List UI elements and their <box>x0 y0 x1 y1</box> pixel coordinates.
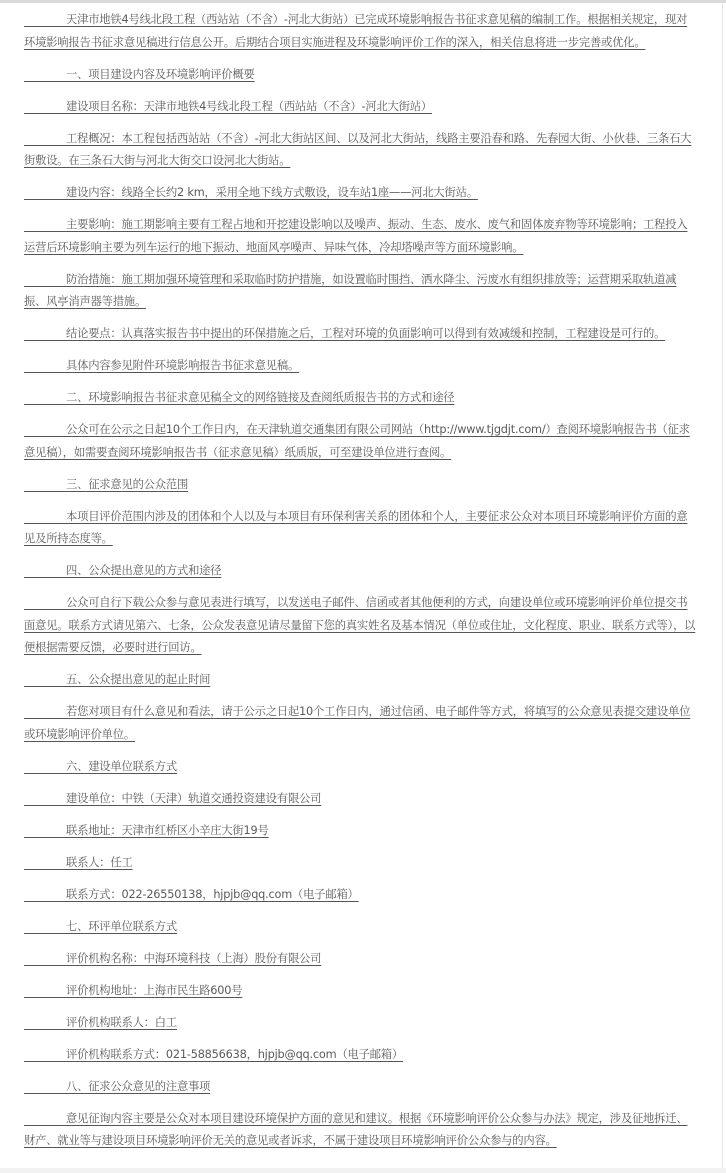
section-heading-5: 五、公众提出意见的起止时间 <box>24 669 696 692</box>
indent <box>24 324 66 341</box>
right-border <box>722 3 723 1168</box>
public-scope: 本项目评价范围内涉及的团体和个人以及与本项目有环保利害关系的团体和个人，主要征求… <box>24 506 696 551</box>
paragraph-text: 联系方式：022-26550138，hjpjb@qq.com（电子邮箱） <box>66 888 359 901</box>
paragraph-text: 意见征询内容主要是公众对本项目建设环境保护方面的意见和建议。根据《环境影响评价公… <box>24 1112 687 1148</box>
heading-text: 八、征求公众意见的注意事项 <box>66 1080 210 1093</box>
notes: 意见征询内容主要是公众对本项目建设环境保护方面的意见和建议。根据《环境影响评价公… <box>24 1108 696 1153</box>
indent <box>24 949 66 966</box>
assessor-name: 评价机构名称：中海环境科技（上海）股份有限公司 <box>24 948 696 971</box>
paragraph-text: 若您对项目有什么意见和看法，请于公示之日起10个工作日内，通过信函、电子邮件等方… <box>24 705 690 741</box>
document-body: 天津市地铁4号线北段工程（西站站（不含）-河北大街站）已完成环境影响报告书征求意… <box>24 9 696 1162</box>
builder-name: 建设单位：中铁（天津）轨道交通投资建设有限公司 <box>24 788 696 811</box>
top-border <box>0 0 726 3</box>
paragraph-text: 评价机构名称：中海环境科技（上海）股份有限公司 <box>66 952 321 965</box>
paragraph-text: 联系地址：天津市红桥区小辛庄大街19号 <box>66 824 269 837</box>
section-heading-6: 六、建设单位联系方式 <box>24 756 696 779</box>
indent <box>24 702 66 719</box>
indent <box>24 885 66 902</box>
heading-text: 三、征求意见的公众范围 <box>66 478 188 491</box>
paragraph-text: 公众可在公示之日起10个工作日内，在天津轨道交通集团有限公司网站（http://… <box>24 423 690 459</box>
indent <box>24 821 66 838</box>
assessor-contact-info: 评价机构联系方式：021-58856638，hjpjb@qq.com（电子邮箱） <box>24 1044 696 1067</box>
indent <box>24 215 66 232</box>
heading-text: 二、环境影响报告书征求意见稿全文的网络链接及查阅纸质报告书的方式和途径 <box>66 391 454 404</box>
indent <box>24 593 66 610</box>
section-heading-2: 二、环境影响报告书征求意见稿全文的网络链接及查阅纸质报告书的方式和途径 <box>24 387 696 410</box>
construction-content: 建设内容：线路全长约2 km，采用全地下线方式敷设，设车站1座——河北大街站。 <box>24 182 696 205</box>
conclusion: 结论要点：认真落实报告书中提出的环保措施之后，工程对环境的负面影响可以得到有效减… <box>24 323 696 346</box>
section-heading-8: 八、征求公众意见的注意事项 <box>24 1076 696 1099</box>
indent <box>24 981 66 998</box>
indent <box>24 388 66 405</box>
submission-methods: 公众可自行下载公众参与意见表进行填写，以发送电子邮件、信函或者其他便利的方式，向… <box>24 592 696 660</box>
indent <box>24 270 66 287</box>
assessor-contact-person: 评价机构联系人：白工 <box>24 1012 696 1035</box>
paragraph-intro: 天津市地铁4号线北段工程（西站站（不含）-河北大街站）已完成环境影响报告书征求意… <box>24 9 696 54</box>
indent <box>24 65 66 82</box>
main-impacts: 主要影响：施工期影响主要有工程占地和开挖建设影响以及噪声、振动、生态、废水、废气… <box>24 214 696 259</box>
indent <box>24 1077 66 1094</box>
builder-address: 联系地址：天津市红桥区小辛庄大街19号 <box>24 820 696 843</box>
paragraph-text: 本项目评价范围内涉及的团体和个人以及与本项目有环保利害关系的团体和个人，主要征求… <box>24 510 687 546</box>
paragraph-text: 公众可自行下载公众参与意见表进行填写，以发送电子邮件、信函或者其他便利的方式，向… <box>24 596 695 654</box>
indent <box>24 475 66 492</box>
heading-text: 四、公众提出意见的方式和途径 <box>66 564 221 577</box>
indent <box>24 1109 66 1126</box>
paragraph-text: 天津市地铁4号线北段工程（西站站（不含）-河北大街站）已完成环境影响报告书征求意… <box>24 13 687 49</box>
indent <box>24 917 66 934</box>
assessor-address: 评价机构地址：上海市民生路600号 <box>24 980 696 1003</box>
indent <box>24 789 66 806</box>
indent <box>24 10 66 27</box>
indent <box>24 670 66 687</box>
attachment-note: 具体内容参见附件环境影响报告书征求意见稿。 <box>24 355 696 378</box>
project-name: 建设项目名称：天津市地铁4号线北段工程（西站站（不含）-河北大街站） <box>24 96 696 119</box>
paragraph-text: 结论要点：认真落实报告书中提出的环保措施之后，工程对环境的负面影响可以得到有效减… <box>66 327 665 340</box>
report-access: 公众可在公示之日起10个工作日内，在天津轨道交通集团有限公司网站（http://… <box>24 419 696 464</box>
indent <box>24 420 66 437</box>
paragraph-text: 评价机构地址：上海市民生路600号 <box>66 984 242 997</box>
heading-text: 一、项目建设内容及环境影响评价概要 <box>66 68 255 81</box>
paragraph-text: 建设项目名称：天津市地铁4号线北段工程（西站站（不含）-河北大街站） <box>66 100 432 113</box>
heading-text: 七、环评单位联系方式 <box>66 920 177 933</box>
paragraph-text: 具体内容参见附件环境影响报告书征求意见稿。 <box>66 359 299 372</box>
submission-period: 若您对项目有什么意见和看法，请于公示之日起10个工作日内，通过信函、电子邮件等方… <box>24 701 696 746</box>
paragraph-text: 评价机构联系人：白工 <box>66 1016 177 1029</box>
section-heading-7: 七、环评单位联系方式 <box>24 916 696 939</box>
paragraph-text: 建设内容：线路全长约2 km，采用全地下线方式敷设，设车站1座——河北大街站。 <box>66 186 478 199</box>
indent <box>24 757 66 774</box>
section-heading-3: 三、征求意见的公众范围 <box>24 474 696 497</box>
project-overview: 工程概况：本工程包括西站站（不含）-河北大街站区间、以及河北大街站，线路主要沿春… <box>24 128 696 173</box>
section-heading-4: 四、公众提出意见的方式和途径 <box>24 560 696 583</box>
indent <box>24 507 66 524</box>
paragraph-text: 工程概况：本工程包括西站站（不含）-河北大街站区间、以及河北大街站，线路主要沿春… <box>24 132 691 168</box>
indent <box>24 129 66 146</box>
section-heading-1: 一、项目建设内容及环境影响评价概要 <box>24 64 696 87</box>
indent <box>24 1045 66 1062</box>
builder-contact-info: 联系方式：022-26550138，hjpjb@qq.com（电子邮箱） <box>24 884 696 907</box>
paragraph-text: 主要影响：施工期影响主要有工程占地和开挖建设影响以及噪声、振动、生态、废水、废气… <box>24 218 687 254</box>
paragraph-text: 联系人：任工 <box>66 856 133 869</box>
indent <box>24 183 66 200</box>
indent <box>24 561 66 578</box>
heading-text: 六、建设单位联系方式 <box>66 760 177 773</box>
bottom-border <box>0 1168 726 1173</box>
paragraph-text: 建设单位：中铁（天津）轨道交通投资建设有限公司 <box>66 792 321 805</box>
indent <box>24 1013 66 1030</box>
paragraph-text: 防治措施：施工期加强环境管理和采取临时防护措施，如设置临时围挡、洒水降尘、污废水… <box>24 273 676 309</box>
indent <box>24 97 66 114</box>
paragraph-text: 评价机构联系方式：021-58856638，hjpjb@qq.com（电子邮箱） <box>66 1048 403 1061</box>
builder-contact-person: 联系人：任工 <box>24 852 696 875</box>
indent <box>24 853 66 870</box>
prevention-measures: 防治措施：施工期加强环境管理和采取临时防护措施，如设置临时围挡、洒水降尘、污废水… <box>24 269 696 314</box>
indent <box>24 356 66 373</box>
heading-text: 五、公众提出意见的起止时间 <box>66 673 210 686</box>
